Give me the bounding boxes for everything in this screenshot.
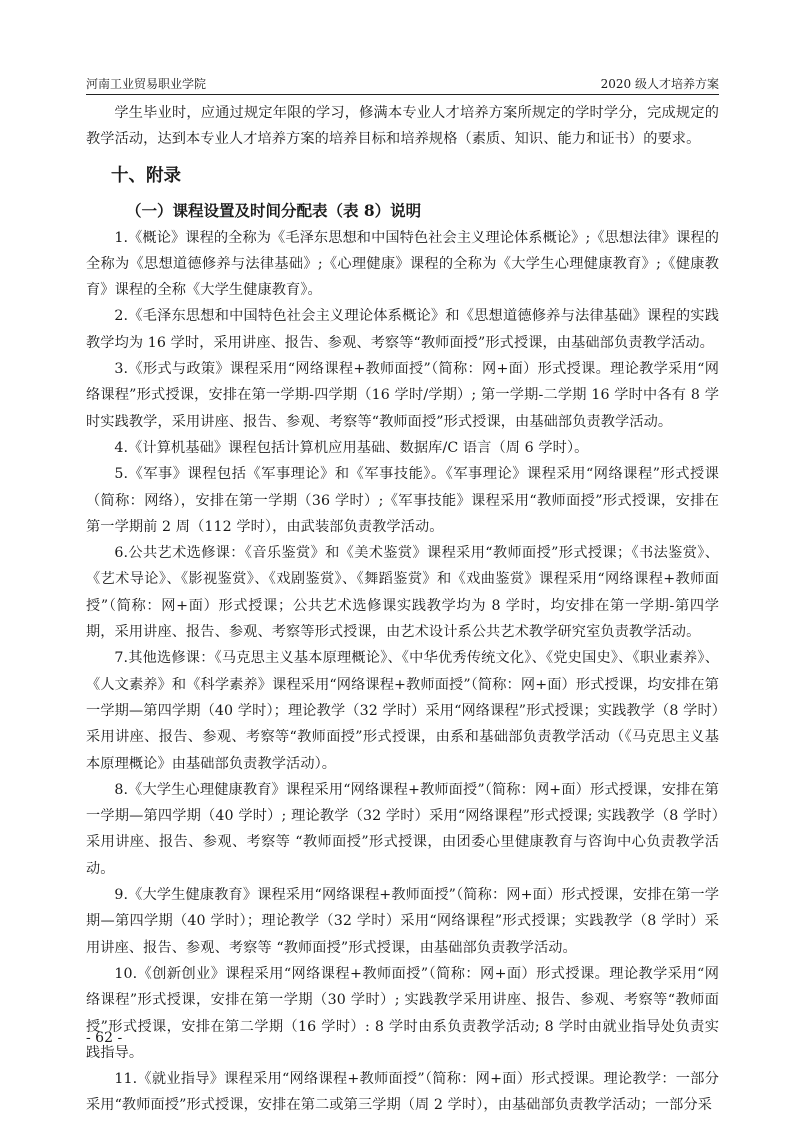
note-paragraph-2: 2.《毛泽东思想和中国特色社会主义理论体系概论》和《思想道德修养与法律基础》课程… [86,303,719,356]
note-paragraph-1: 1.《概论》课程的全称为《毛泽东思想和中国特色社会主义理论体系概论》;《思想法律… [86,225,719,304]
note-paragraph-10: 10.《创新创业》课程采用“网络课程+教师面授”（简称：网+面）形式授课。理论教… [86,961,719,1066]
note-paragraph-5: 5.《军事》课程包括《军事理论》和《军事技能》。《军事理论》课程采用“网络课程”… [86,461,719,540]
page-number: - 62 - [86,1030,122,1046]
note-paragraph-11: 11.《就业指导》课程采用“网络课程+教师面授”（简称：网+面）形式授课。理论教… [86,1066,719,1119]
note-paragraph-7: 7.其他选修课：《马克思主义基本原理概论》、《中华优秀传统文化》、《党史国史》、… [86,645,719,776]
note-paragraph-6: 6.公共艺术选修课：《音乐鉴赏》和《美术鉴赏》课程采用“教师面授”形式授课；《书… [86,540,719,645]
note-paragraph-8: 8.《大学生心理健康教育》课程采用“网络课程+教师面授”（简称：网+面）形式授课… [86,777,719,882]
note-paragraph-4: 4.《计算机基础》课程包括计算机应用基础、数据库/C 语言（周 6 学时）。 [86,435,719,461]
section-title: 十、附录 [86,163,719,189]
page-body: 学生毕业时，应通过规定年限的学习，修满本专业人才培养方案所规定的学时学分，完成规… [86,100,719,1119]
header-institution: 河南工业贸易职业学院 [86,75,206,92]
note-paragraph-9: 9.《大学生健康教育》课程采用“网络课程+教师面授”（简称：网+面）形式授课，安… [86,882,719,961]
intro-paragraph: 学生毕业时，应通过规定年限的学习，修满本专业人才培养方案所规定的学时学分，完成规… [86,100,719,153]
subsection-title: （一）课程设置及时间分配表（表 8）说明 [86,197,719,225]
header-document-title: 2020 级人才培养方案 [601,75,719,92]
note-paragraph-3: 3.《形式与政策》课程采用“网络课程+教师面授”（简称：网+面）形式授课。理论教… [86,356,719,435]
page-header: 河南工业贸易职业学院 2020 级人才培养方案 [86,72,719,95]
